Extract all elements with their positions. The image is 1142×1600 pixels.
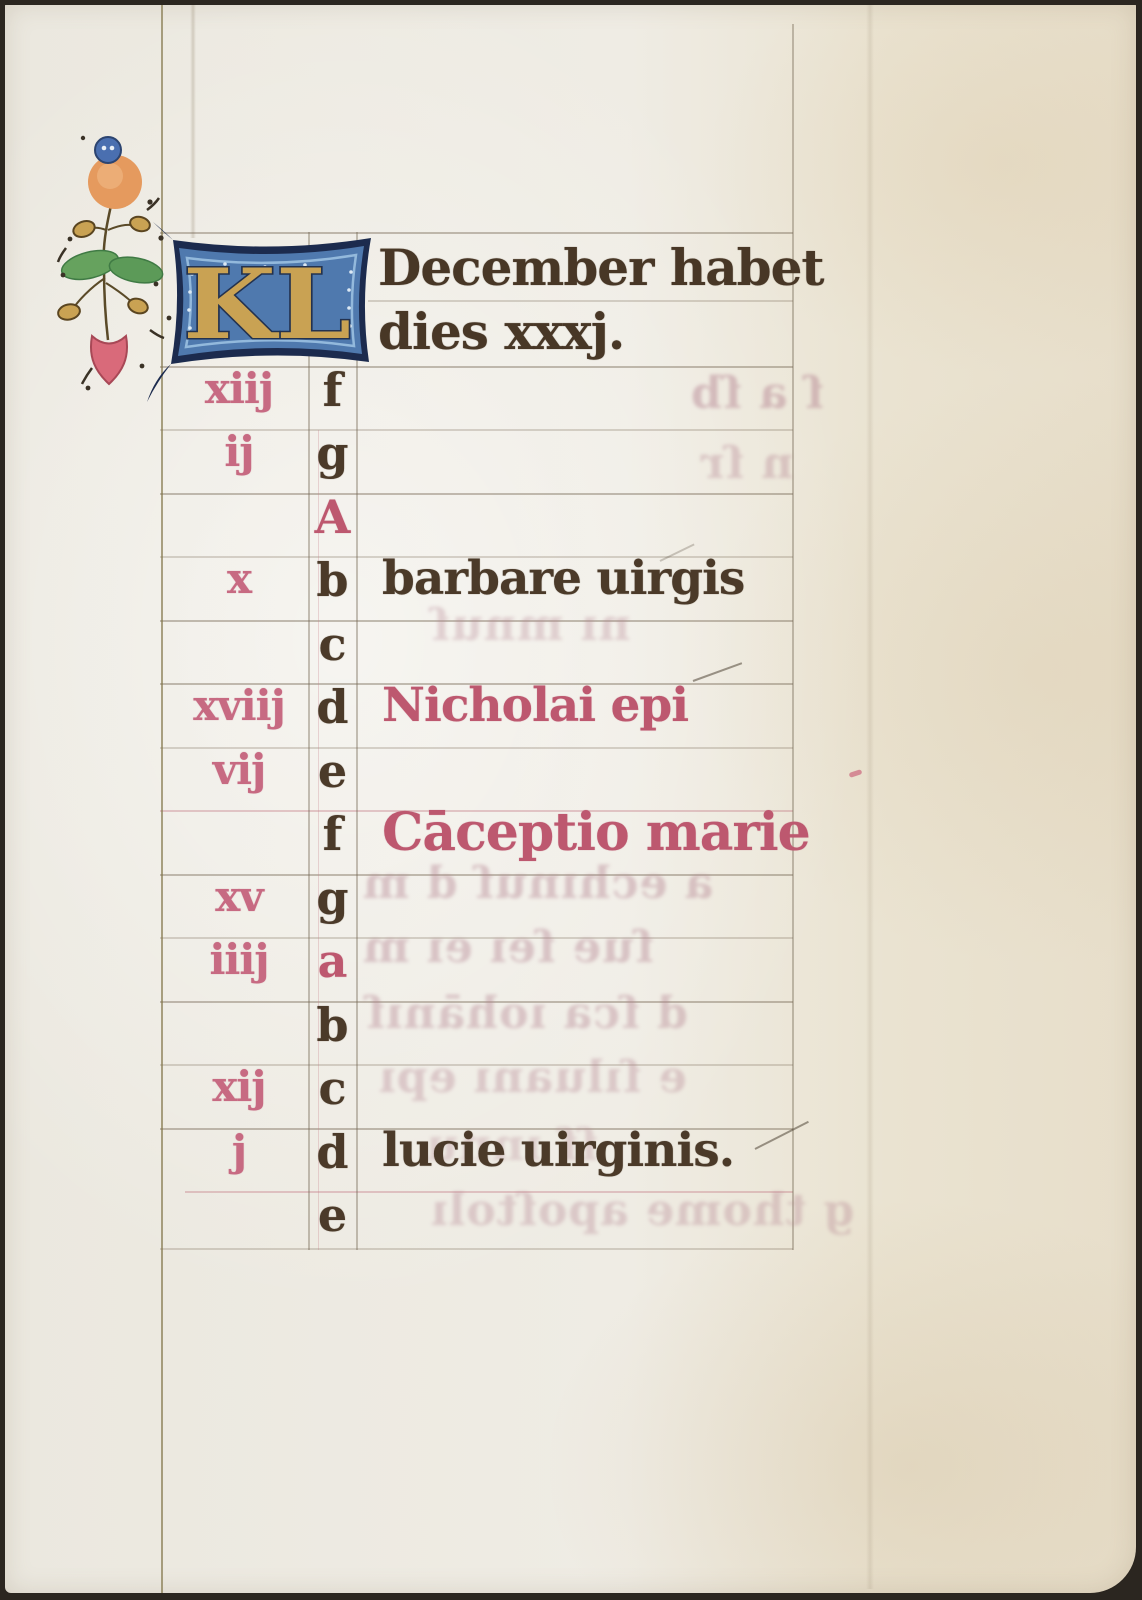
gold-bud <box>71 218 97 240</box>
golden-number: ij <box>170 421 308 487</box>
calendar-row: xv g <box>165 866 885 932</box>
pink-bell-flower <box>91 336 127 384</box>
dominical-letter: e <box>305 1185 359 1251</box>
golden-number: vij <box>170 739 308 805</box>
golden-number <box>170 802 308 868</box>
calendar-header-line2: dies xxxj. <box>378 302 624 361</box>
dominical-letter: d <box>305 1122 359 1188</box>
photo-edge <box>1138 0 1142 1600</box>
feast-entry <box>382 866 902 932</box>
calendar-row: f Cāceptio marie <box>165 802 885 868</box>
feast-entry <box>382 993 902 1059</box>
calendar-row: xij c <box>165 1056 885 1122</box>
dominical-letter: f <box>305 804 359 870</box>
golden-number <box>170 612 308 678</box>
photo-edge <box>0 0 5 1600</box>
calendar-row: iiij a <box>165 929 885 995</box>
dominical-letter: b <box>305 995 359 1061</box>
calendar-row: b <box>165 993 885 1059</box>
dominical-letter: c <box>305 1058 359 1124</box>
dominical-letter: f <box>305 360 359 426</box>
calendar-row: x b barbare uirgis <box>165 548 885 614</box>
photo-edge <box>0 0 1142 5</box>
feast-entry <box>382 421 902 487</box>
feast-entry <box>382 485 902 551</box>
calendar-row: e <box>165 1183 885 1249</box>
feast-entry <box>382 929 902 995</box>
golden-number: xiij <box>170 358 308 424</box>
feast-entry: lucie uirginis. <box>382 1120 902 1186</box>
feast-entry <box>382 1183 902 1249</box>
feast-entry <box>382 612 902 678</box>
golden-number: iiij <box>170 929 308 995</box>
calendar-row: j d lucie uirginis. <box>165 1120 885 1186</box>
dominical-letter: e <box>305 741 359 807</box>
dominical-letter: g <box>305 868 359 934</box>
feast-entry <box>382 739 902 805</box>
feast-entry <box>382 1056 902 1122</box>
calendar-header-line1: December habet <box>378 238 823 297</box>
dominical-letter: g <box>305 423 359 489</box>
initial-letters: KL <box>183 248 351 361</box>
calendar-row: xiij f <box>165 358 885 424</box>
golden-number <box>170 1183 308 1249</box>
feast-entry: barbare uirgis <box>382 548 902 614</box>
calendar-row: vij e <box>165 739 885 805</box>
dominical-letter: b <box>305 550 359 616</box>
dominical-letter: a <box>305 931 359 997</box>
dominical-letter: d <box>305 677 359 743</box>
feast-entry: Nicholai epi <box>382 675 902 741</box>
calendar-row: ij g <box>165 421 885 487</box>
blue-bud <box>95 137 121 163</box>
golden-number: xviij <box>170 675 308 741</box>
gold-bud <box>57 302 82 321</box>
calendar-row: xviij d Nicholai epi <box>165 675 885 741</box>
golden-number: xij <box>170 1056 308 1122</box>
golden-number <box>170 993 308 1059</box>
golden-number <box>170 485 308 551</box>
vertical-crease <box>190 0 196 238</box>
golden-number: j <box>170 1120 308 1186</box>
dominical-letter: A <box>305 487 359 553</box>
golden-number: xv <box>170 866 308 932</box>
feast-entry <box>382 358 902 424</box>
calendar-row: A <box>165 485 885 551</box>
feast-entry: Cāceptio marie <box>382 802 902 868</box>
calendar-row: c <box>165 612 885 678</box>
dominical-letter: c <box>305 614 359 680</box>
manuscript-photo: ſ a ſb n ſr nı mnuſ a echınuſ d m ſue ſe… <box>0 0 1142 1600</box>
photo-edge <box>0 1593 1142 1600</box>
golden-number: x <box>170 548 308 614</box>
